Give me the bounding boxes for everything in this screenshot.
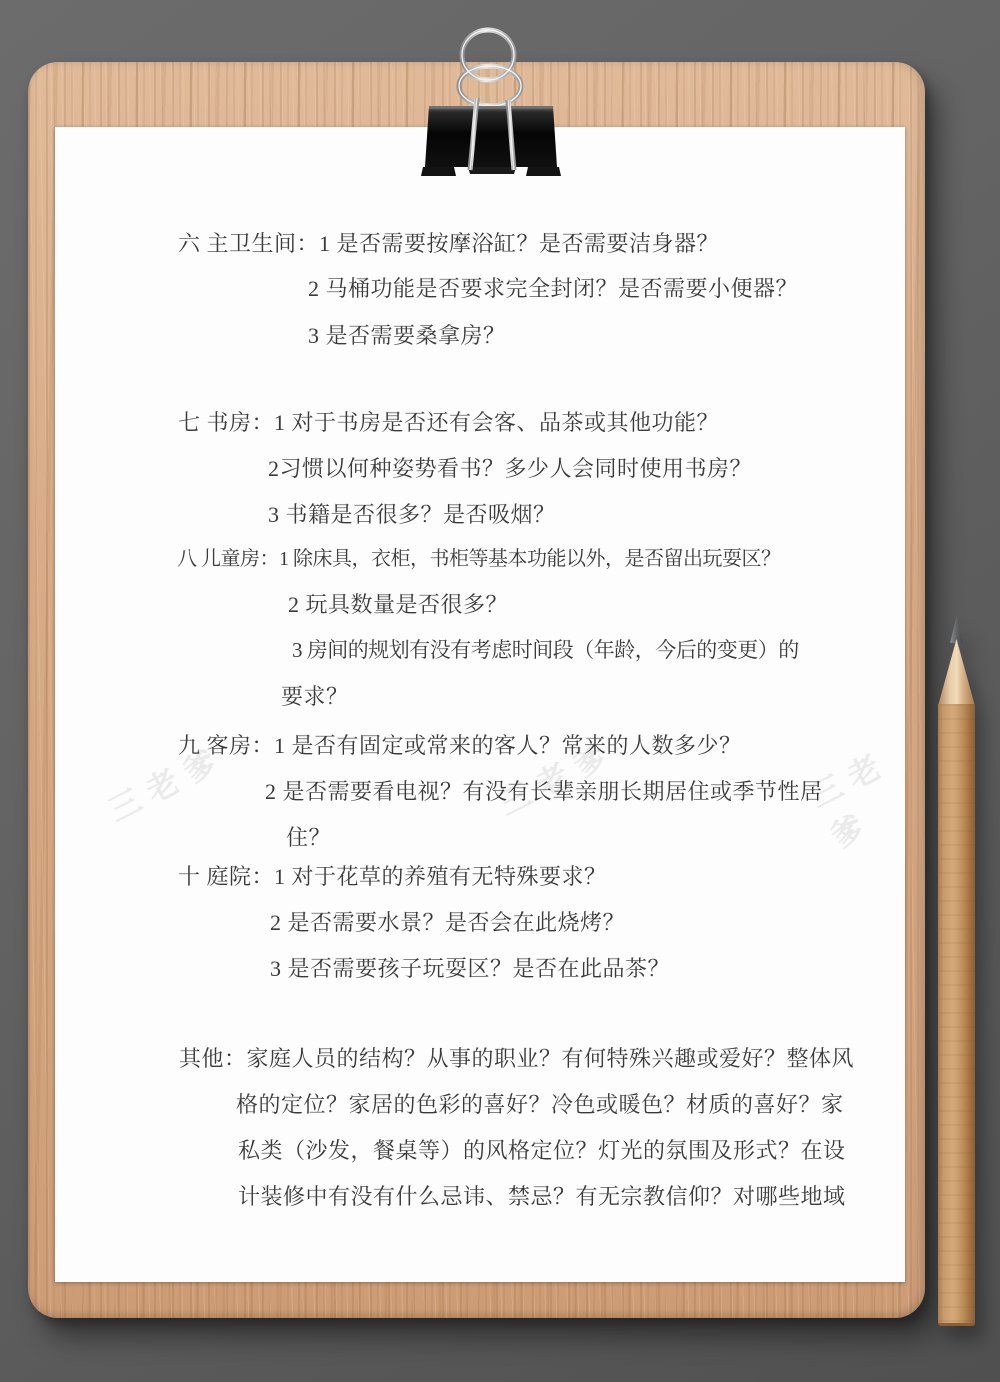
doc-line: 2 是否需要看电视？有没有长辈亲朋长期居住或季节性居 [265,779,823,804]
doc-line: 3 书籍是否很多？是否吸烟？ [268,502,556,527]
doc-line: 要求？ [281,684,349,709]
pencil [938,616,975,1323]
doc-line: 九 客房：1 是否有固定或常来的客人？常来的人数多少？ [178,733,742,758]
doc-line: 计装修中有没有什么忌讳、禁忌？有无宗教信仰？对哪些地域 [238,1184,846,1209]
doc-line: 其他：家庭人员的结构？从事的职业？有何特殊兴趣或爱好？整体风 [179,1046,854,1071]
pencil-body [938,704,975,1326]
clip-wire-handle [459,30,521,106]
pencil-graphite-tip [950,616,963,643]
doc-line: 2 是否需要水景？是否会在此烧烤？ [270,910,625,935]
scene-background: 三老爹 三老爹 三老爹 六 主卫生间：1 是否需要按摩浴缸？是否需要洁身器？ 2… [0,0,1000,1382]
doc-line: 2习惯以何种姿势看书？多少人会同时使用书房？ [268,456,752,481]
doc-line: 六 主卫生间：1 是否需要按摩浴缸？是否需要洁身器？ [178,231,719,256]
doc-line: 3 是否需要孩子玩耍区？是否在此品茶？ [270,956,670,981]
clip-body [421,106,561,176]
doc-line: 格的定位？家居的色彩的喜好？冷色或暖色？材质的喜好？家 [236,1092,844,1117]
binder-clip-icon [420,24,562,180]
doc-line: 住？ [286,825,331,850]
doc-line: 八 儿童房：1 除床具，衣柜，书柜等基本功能以外，是否留出玩耍区？ [177,548,781,571]
doc-line: 2 马桶功能是否要求完全封闭？是否需要小便器？ [308,276,798,301]
doc-line: 十 庭院：1 对于花草的养殖有无特殊要求？ [178,864,607,889]
doc-line: 私类（沙发，餐桌等）的风格定位？灯光的氛围及形式？在设 [238,1138,846,1163]
doc-line: 2 玩具数量是否很多？ [288,592,508,617]
doc-line: 3 是否需要桑拿房？ [308,323,506,348]
pencil-sharpened-cone [938,639,975,706]
paper-sheet: 三老爹 三老爹 三老爹 六 主卫生间：1 是否需要按摩浴缸？是否需要洁身器？ 2… [55,127,905,1282]
doc-line: 3 房间的规划有没有考虑时间段（年龄，今后的变更）的 [292,638,799,662]
doc-line: 七 书房：1 对于书房是否还有会客、品茶或其他功能？ [178,410,719,435]
